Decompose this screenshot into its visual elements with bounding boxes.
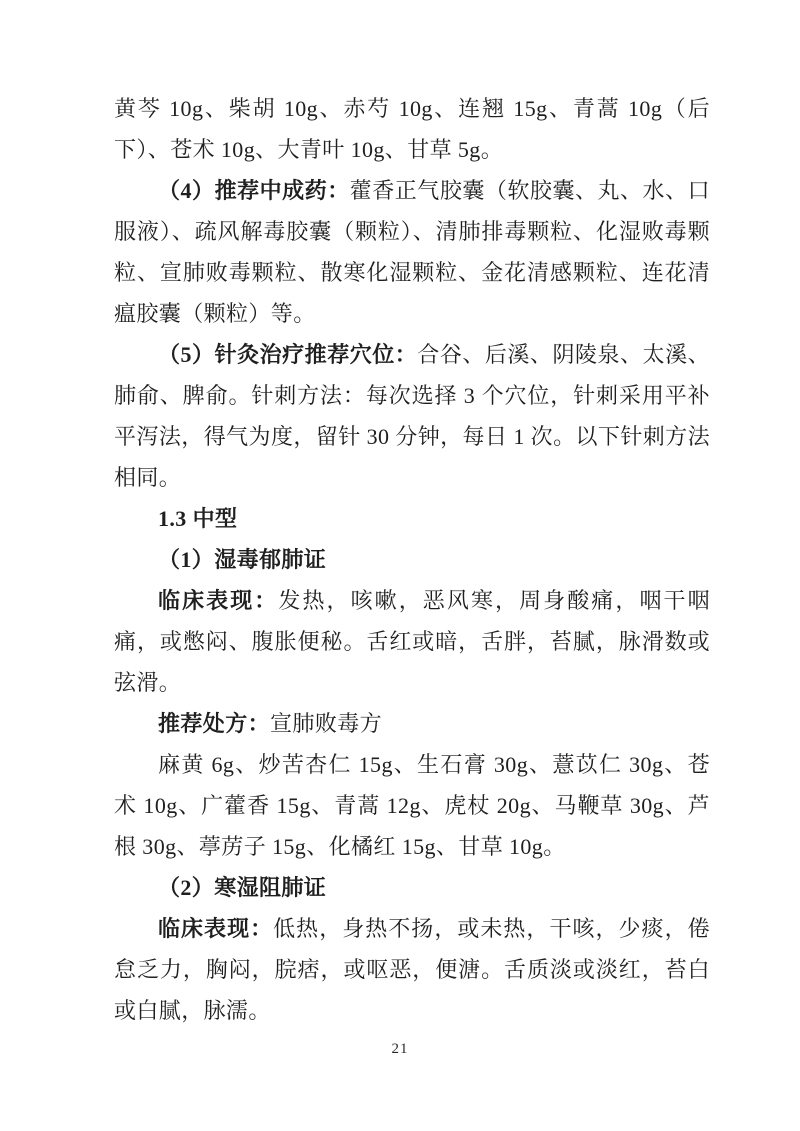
- heading-section-1-3: 1.3 中型: [114, 498, 710, 539]
- document-body: 黄芩 10g、柴胡 10g、赤芍 10g、连翘 15g、青蒿 10g（后下）、苍…: [114, 88, 710, 1031]
- page-footer: 21: [0, 1040, 800, 1058]
- paragraph-clinical-manifestations-1: 临床表现：发热，咳嗽，恶风寒，周身酸痛，咽干咽痛，或憋闷、腹胀便秘。舌红或暗，舌…: [114, 580, 710, 703]
- paragraph-label: （5）针灸治疗推荐穴位：: [158, 342, 417, 367]
- paragraph-herbs-continuation: 黄芩 10g、柴胡 10g、赤芍 10g、连翘 15g、青蒿 10g（后下）、苍…: [114, 88, 710, 170]
- paragraph-prescription-herbs: 麻黄 6g、炒苦杏仁 15g、生石膏 30g、薏苡仁 30g、苍术 10g、广藿…: [114, 744, 710, 867]
- paragraph-text: 宣肺败毒方: [270, 711, 382, 736]
- paragraph-label: 临床表现：: [158, 588, 278, 613]
- paragraph-label: 推荐处方：: [158, 711, 270, 736]
- page-number: 21: [392, 1041, 409, 1057]
- paragraph-recommended-prescription: 推荐处方：宣肺败毒方: [114, 703, 710, 744]
- paragraph-label: （4）推荐中成药：: [158, 178, 350, 203]
- paragraph-text: 麻黄 6g、炒苦杏仁 15g、生石膏 30g、薏苡仁 30g、苍术 10g、广藿…: [114, 752, 710, 859]
- heading-syndrome-2: （2）寒湿阻肺证: [114, 867, 710, 908]
- paragraph-clinical-manifestations-2: 临床表现：低热，身热不扬，或未热，干咳，少痰，倦怠乏力，胸闷，脘痞，或呕恶，便溏…: [114, 908, 710, 1031]
- paragraph-label: 临床表现：: [158, 916, 273, 941]
- heading-label: 1.3 中型: [158, 506, 237, 531]
- heading-label: （1）湿毒郁肺证: [158, 547, 326, 572]
- paragraph-recommended-patent-medicines: （4）推荐中成药：藿香正气胶囊（软胶囊、丸、水、口服液）、疏风解毒胶囊（颗粒）、…: [114, 170, 710, 334]
- heading-label: （2）寒湿阻肺证: [158, 875, 326, 900]
- paragraph-text: 黄芩 10g、柴胡 10g、赤芍 10g、连翘 15g、青蒿 10g（后下）、苍…: [114, 96, 710, 162]
- paragraph-acupuncture-points: （5）针灸治疗推荐穴位：合谷、后溪、阴陵泉、太溪、肺俞、脾俞。针刺方法：每次选择…: [114, 334, 710, 498]
- heading-syndrome-1: （1）湿毒郁肺证: [114, 539, 710, 580]
- document-page: 黄芩 10g、柴胡 10g、赤芍 10g、连翘 15g、青蒿 10g（后下）、苍…: [0, 0, 800, 1131]
